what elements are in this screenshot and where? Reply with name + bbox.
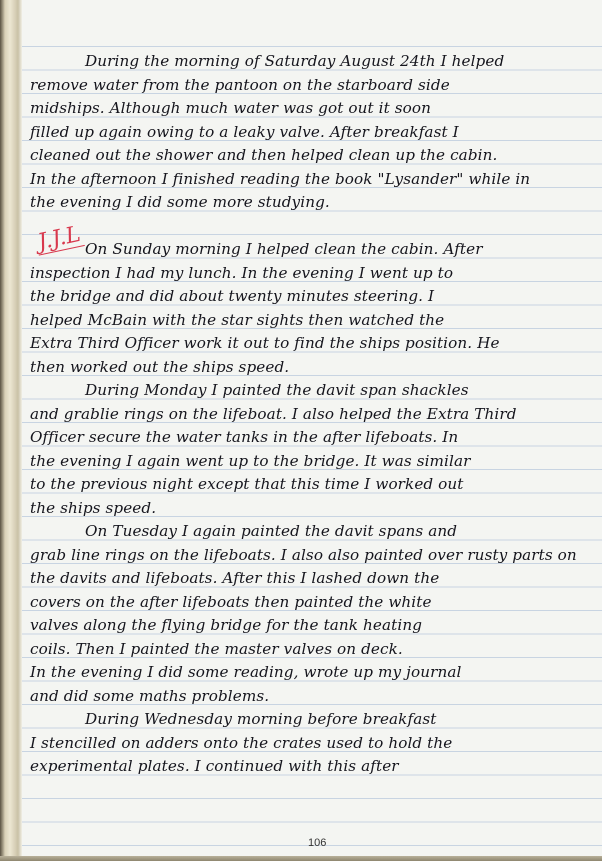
- handwritten-line: the evening I again went up to the bridg…: [30, 450, 600, 474]
- handwritten-line: During the morning of Saturday August 24…: [30, 50, 600, 74]
- handwritten-line: the davits and lifeboats. After this I l…: [30, 567, 600, 591]
- handwritten-line: experimental plates. I continued with th…: [30, 755, 600, 779]
- handwritten-line: covers on the after lifeboats then paint…: [30, 591, 600, 615]
- handwritten-line: the evening I did some more studying.: [30, 191, 600, 215]
- handwritten-line: In the evening I did some reading, wrote…: [30, 661, 600, 685]
- handwritten-line: During Wednesday morning before breakfas…: [30, 708, 600, 732]
- page-top-margin: [22, 0, 602, 45]
- handwritten-line: helped McBain with the star sights then …: [30, 309, 600, 333]
- notebook-binding: [0, 0, 22, 861]
- handwritten-line: grab line rings on the lifeboats. I also…: [30, 544, 600, 568]
- handwritten-line: In the afternoon I finished reading the …: [30, 168, 600, 192]
- page-bottom-edge: [0, 856, 602, 861]
- handwritten-line: midships. Although much water was got ou…: [30, 97, 600, 121]
- handwritten-line: then worked out the ships speed.: [30, 356, 600, 380]
- handwritten-line: filled up again owing to a leaky valve. …: [30, 121, 600, 145]
- handwritten-line: inspection I had my lunch. In the evenin…: [30, 262, 600, 286]
- journal-text: During the morning of Saturday August 24…: [30, 50, 600, 779]
- handwritten-line: the bridge and did about twenty minutes …: [30, 285, 600, 309]
- handwritten-line: On Tuesday I again painted the davit spa…: [30, 520, 600, 544]
- handwritten-line: the ships speed.: [30, 497, 600, 521]
- handwritten-line: [30, 215, 600, 239]
- handwritten-line: I stencilled on adders onto the crates u…: [30, 732, 600, 756]
- handwritten-line: Officer secure the water tanks in the af…: [30, 426, 600, 450]
- handwritten-line: On Sunday morning I helped clean the cab…: [30, 238, 600, 262]
- handwritten-line: to the previous night except that this t…: [30, 473, 600, 497]
- handwritten-line: coils. Then I painted the master valves …: [30, 638, 600, 662]
- handwritten-line: and did some maths problems.: [30, 685, 600, 709]
- handwritten-line: and grablie rings on the lifeboat. I als…: [30, 403, 600, 427]
- handwritten-line: remove water from the pantoon on the sta…: [30, 74, 600, 98]
- handwritten-line: cleaned out the shower and then helped c…: [30, 144, 600, 168]
- handwritten-line: During Monday I painted the davit span s…: [30, 379, 600, 403]
- handwritten-line: valves along the flying bridge for the t…: [30, 614, 600, 638]
- handwritten-line: Extra Third Officer work it out to find …: [30, 332, 600, 356]
- page-number: 106: [308, 837, 326, 849]
